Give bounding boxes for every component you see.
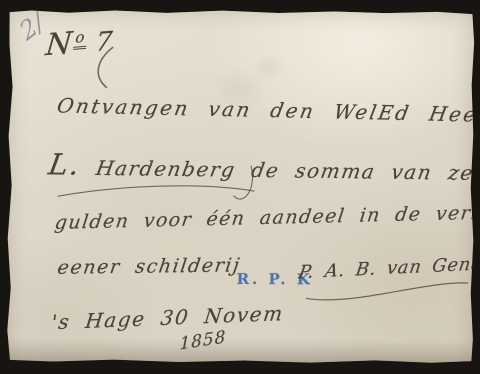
year: 1858 <box>180 327 227 354</box>
receipt-number-value: 7 <box>94 26 115 58</box>
signature: P. A. B. van Genabeth <box>297 251 480 283</box>
payer-and-sum: Hardenberg de somma van zes <box>94 156 480 185</box>
handwritten-line-2: L.Hardenberg de somma van zes <box>46 147 480 187</box>
handwritten-line-1: Ontvangen van den WelEd Heer <box>55 93 480 126</box>
receipt-number-ordinal: o <box>73 28 88 50</box>
handwritten-line-4: eener schilderij <box>56 254 242 278</box>
place-and-date: 's Hage 30 Novem <box>50 301 285 334</box>
pencil-archive-number: 2/ <box>15 7 50 47</box>
receipt-number: No7 <box>44 22 116 63</box>
receipt-number-prefix: N <box>44 26 75 64</box>
signature-underline <box>307 282 468 300</box>
receipt-paper: 2/ No7 Ontvangen van den WelEd Heer L.Ha… <box>6 9 475 364</box>
capital-l-swash <box>58 185 254 197</box>
payer-initial: L. <box>46 147 84 181</box>
handwritten-line-3: gulden voor één aandeel in de verloting <box>53 201 480 234</box>
photo-background: 2/ No7 Ontvangen van den WelEd Heer L.Ha… <box>0 0 480 374</box>
